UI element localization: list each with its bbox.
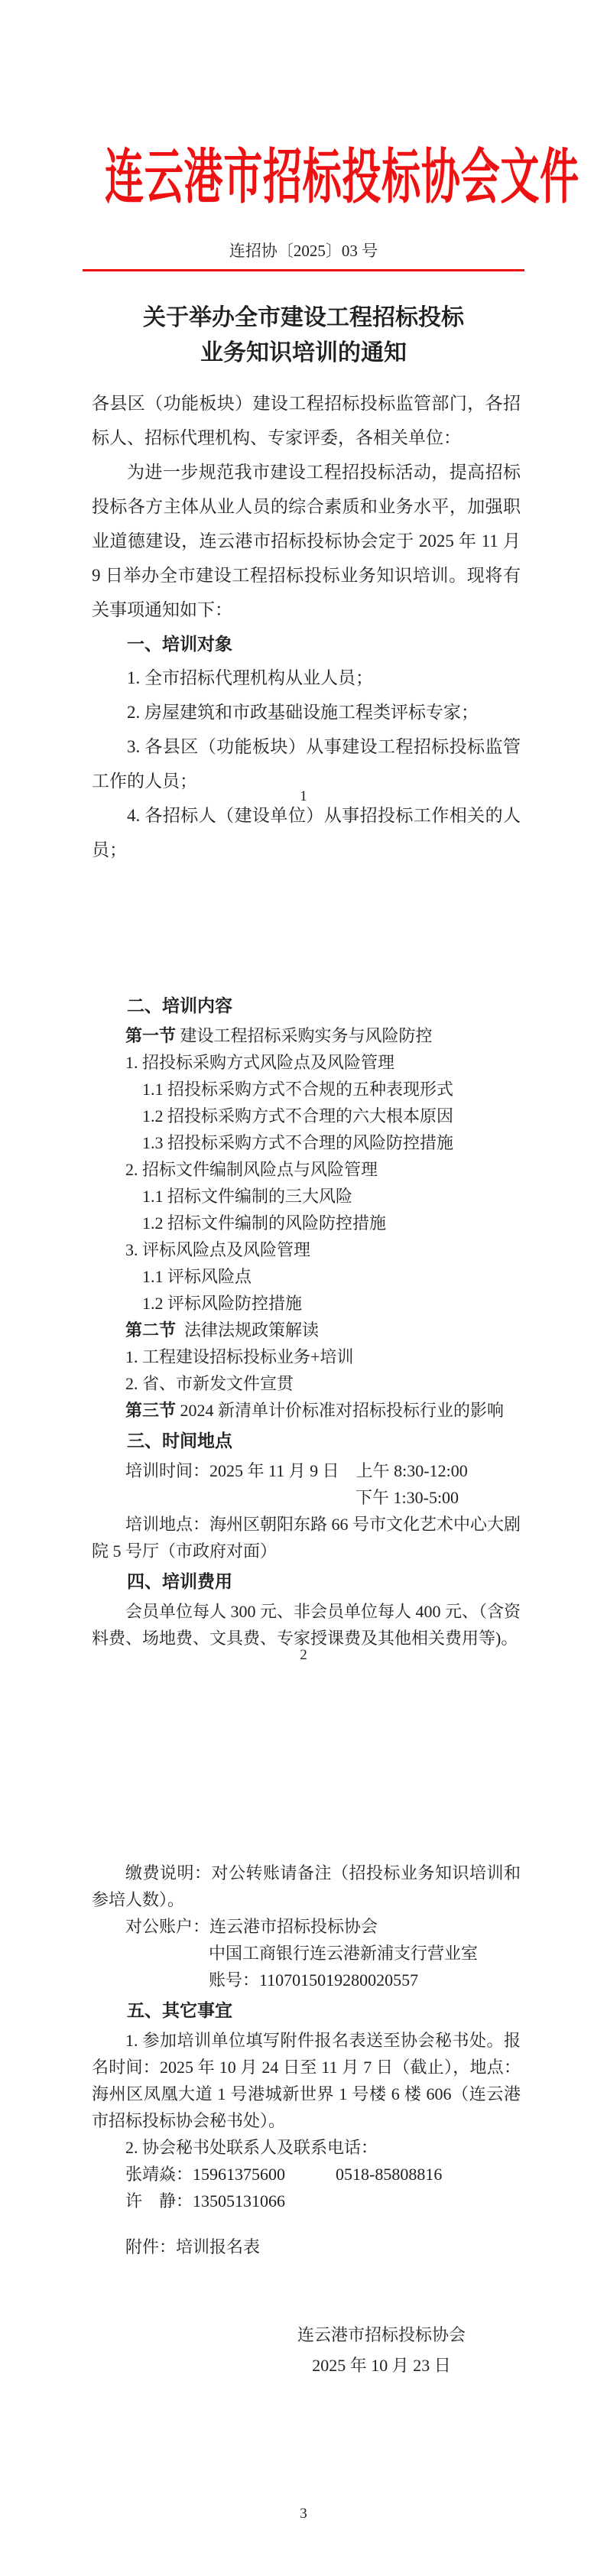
part2-title: 法律法规政策解读 (184, 1320, 319, 1340)
doc-title-line2: 业务知识培训的通知 (0, 336, 607, 371)
part3-title: 2024 新清单计价标准对招标投标行业的影响 (180, 1401, 505, 1420)
training-time-pm: 下午 1:30-5:00 (92, 1484, 521, 1511)
bank-name: 中国工商银行连云港新浦支行营业室 (92, 1940, 521, 1967)
part2-item: 1. 工程建设招标投标业务+培训 (92, 1343, 521, 1370)
sign-date: 2025 年 10 月 23 日 (267, 2350, 496, 2381)
part1-subitem: 1.3 招投标采购方式不合理的风险防控措施 (92, 1129, 521, 1156)
part1-subitem: 1.2 招标文件编制的风险防控措施 (92, 1210, 521, 1236)
page-1: 连云港市招标投标协会文件 连招协〔2025〕03 号 关于举办全市建设工程招标投… (0, 0, 607, 859)
salutation: 各县区（功能板块）建设工程招标投标监管部门，各招标人、招标代理机构、专家评委，各… (92, 386, 521, 455)
part1-item: 3. 评标风险点及风险管理 (92, 1236, 521, 1263)
part1-item: 2. 招标文件编制风险点与风险管理 (92, 1156, 521, 1183)
other-item: 1. 参加培训单位填写附件报名表送至协会秘书处。报名时间：2025 年 10 月… (92, 2027, 521, 2134)
part3-label: 第三节 (125, 1401, 176, 1420)
section1-heading: 一、培训对象 (92, 627, 521, 661)
doc-title: 关于举办全市建设工程招标投标 业务知识培训的通知 (0, 300, 607, 371)
page1-body: 各县区（功能板块）建设工程招标投标监管部门，各招标人、招标代理机构、专家评委，各… (0, 0, 607, 859)
section2-heading: 二、培训内容 (92, 989, 521, 1022)
part1-subitem: 1.2 招投标采购方式不合理的六大根本原因 (92, 1103, 521, 1129)
page-2: 二、培训内容 第一节 建设工程招标采购实务与风险防控 1. 招投标采购方式风险点… (0, 859, 607, 1717)
contact-line: 张靖焱：15961375600 0518-85808816 (92, 2161, 521, 2188)
page-number-1: 1 (0, 788, 607, 805)
part1-subitem: 1.1 评标风险点 (92, 1263, 521, 1290)
part1-title: 建设工程招标采购实务与风险防控 (180, 1026, 433, 1045)
account-number: 账号：1107015019280020557 (92, 1967, 521, 1993)
part1-subitem: 1.2 评标风险防控措施 (92, 1290, 521, 1317)
part1-label: 第一节 (125, 1026, 176, 1045)
doc-number: 连招协〔2025〕03 号 (0, 240, 607, 261)
section1-item: 2. 房屋建筑和市政基础设施工程类评标专家； (92, 695, 521, 729)
page-3: 缴费说明：对公转账请备注（招投标业务知识培训和参培人数）。 对公账户：连云港市招… (0, 1717, 607, 2576)
page-number-3: 3 (0, 2506, 607, 2522)
intro-paragraph: 为进一步规范我市建设工程招投标活动，提高招标投标各方主体从业人员的综合素质和业务… (92, 455, 521, 627)
part2-heading: 第二节 法律法规政策解读 (92, 1317, 521, 1343)
corporate-account: 对公账户：连云港市招标投标协会 (92, 1913, 521, 1940)
section1-item: 4. 各招标人（建设单位）从事招投标工作相关的人员； (92, 798, 521, 859)
section4-heading: 四、培训费用 (92, 1564, 521, 1598)
part2-item: 2. 省、市新发文件宣贯 (92, 1370, 521, 1397)
doc-title-line1: 关于举办全市建设工程招标投标 (0, 300, 607, 336)
part3-heading: 第三节 2024 新清单计价标准对招标投标行业的影响 (92, 1397, 521, 1424)
training-time: 培训时间：2025 年 11 月 9 日 上午 8:30-12:00 (92, 1457, 521, 1484)
part2-label: 第二节 (125, 1320, 176, 1340)
org-header-redhead: 连云港市招标投标协会文件 (105, 144, 502, 211)
red-divider-line (83, 269, 524, 271)
section3-heading: 三、时间地点 (92, 1424, 521, 1457)
other-item: 2. 协会秘书处联系人及联系电话： (92, 2134, 521, 2161)
page3-body: 缴费说明：对公转账请备注（招投标业务知识培训和参培人数）。 对公账户：连云港市招… (0, 1717, 607, 2381)
page2-body: 二、培训内容 第一节 建设工程招标采购实务与风险防控 1. 招投标采购方式风险点… (0, 859, 607, 1652)
section5-heading: 五、其它事宜 (92, 1993, 521, 2027)
signer-name: 连云港市招标投标协会 (267, 2320, 496, 2350)
part1-heading: 第一节 建设工程招标采购实务与风险防控 (92, 1022, 521, 1049)
attachment-line: 附件：培训报名表 (92, 2233, 521, 2260)
page-number-2: 2 (0, 1647, 607, 1664)
part1-subitem: 1.1 招标文件编制的三大风险 (92, 1183, 521, 1210)
part1-subitem: 1.1 招投标采购方式不合规的五种表现形式 (92, 1076, 521, 1103)
fee-paragraph: 会员单位每人 300 元、非会员单位每人 400 元、（含资料费、场地费、文具费… (92, 1598, 521, 1652)
section1-item: 1. 全市招标代理机构从业人员； (92, 661, 521, 695)
part1-item: 1. 招投标采购方式风险点及风险管理 (92, 1049, 521, 1076)
payment-note: 缴费说明：对公转账请备注（招投标业务知识培训和参培人数）。 (92, 1860, 521, 1913)
training-location: 培训地点：海州区朝阳东路 66 号市文化艺术中心大剧院 5 号厅（市政府对面） (92, 1511, 521, 1564)
contact-line: 许 静：13505131066 (92, 2188, 521, 2214)
signature-block: 连云港市招标投标协会 2025 年 10 月 23 日 (267, 2320, 496, 2381)
